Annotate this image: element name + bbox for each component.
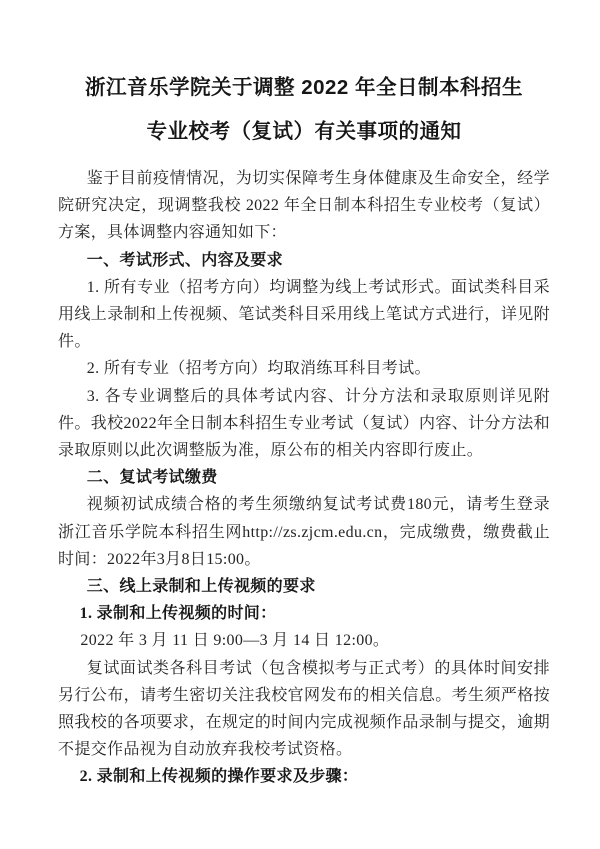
- paragraph: 2. 所有专业（招考方向）均取消练耳科目考试。: [58, 355, 550, 382]
- title-line-1: 浙江音乐学院关于调整 2022 年全日制本科招生: [58, 66, 550, 110]
- document-page: 浙江音乐学院关于调整 2022 年全日制本科招生 专业校考（复试）有关事项的通知…: [0, 0, 600, 849]
- paragraph: 1. 录制和上传视频的时间：: [58, 600, 550, 627]
- document-body: 鉴于目前疫情情况，为切实保障考生身体健康及生命安全，经学院研究决定，现调整我校 …: [58, 165, 550, 791]
- document-content: 浙江音乐学院关于调整 2022 年全日制本科招生 专业校考（复试）有关事项的通知…: [58, 66, 550, 791]
- paragraph: 3. 各专业调整后的具体考试内容、计分方法和录取原则详见附件。我校2022年全日…: [58, 383, 550, 465]
- paragraph: 复试面试类各科目考试（包含模拟考与正式考）的具体时间安排另行公布，请考生密切关注…: [58, 655, 550, 764]
- paragraph: 鉴于目前疫情情况，为切实保障考生身体健康及生命安全，经学院研究决定，现调整我校 …: [58, 165, 550, 247]
- paragraph: 1. 所有专业（招考方向）均调整为线上考试形式。面试类科目采用线上录制和上传视频…: [58, 274, 550, 356]
- paragraph: 一、考试形式、内容及要求: [58, 247, 550, 274]
- paragraph: 2. 录制和上传视频的操作要求及步骤：: [58, 763, 550, 790]
- title-line-2: 专业校考（复试）有关事项的通知: [58, 110, 550, 154]
- document-title: 浙江音乐学院关于调整 2022 年全日制本科招生 专业校考（复试）有关事项的通知: [58, 66, 550, 154]
- paragraph: 二、复试考试缴费: [58, 464, 550, 491]
- paragraph: 2022 年 3 月 11 日 9:00—3 月 14 日 12:00。: [58, 627, 550, 654]
- paragraph: 视频初试成绩合格的考生须缴纳复试考试费180元，请考生登录浙江音乐学院本科招生网…: [58, 491, 550, 573]
- paragraph: 三、线上录制和上传视频的要求: [58, 573, 550, 600]
